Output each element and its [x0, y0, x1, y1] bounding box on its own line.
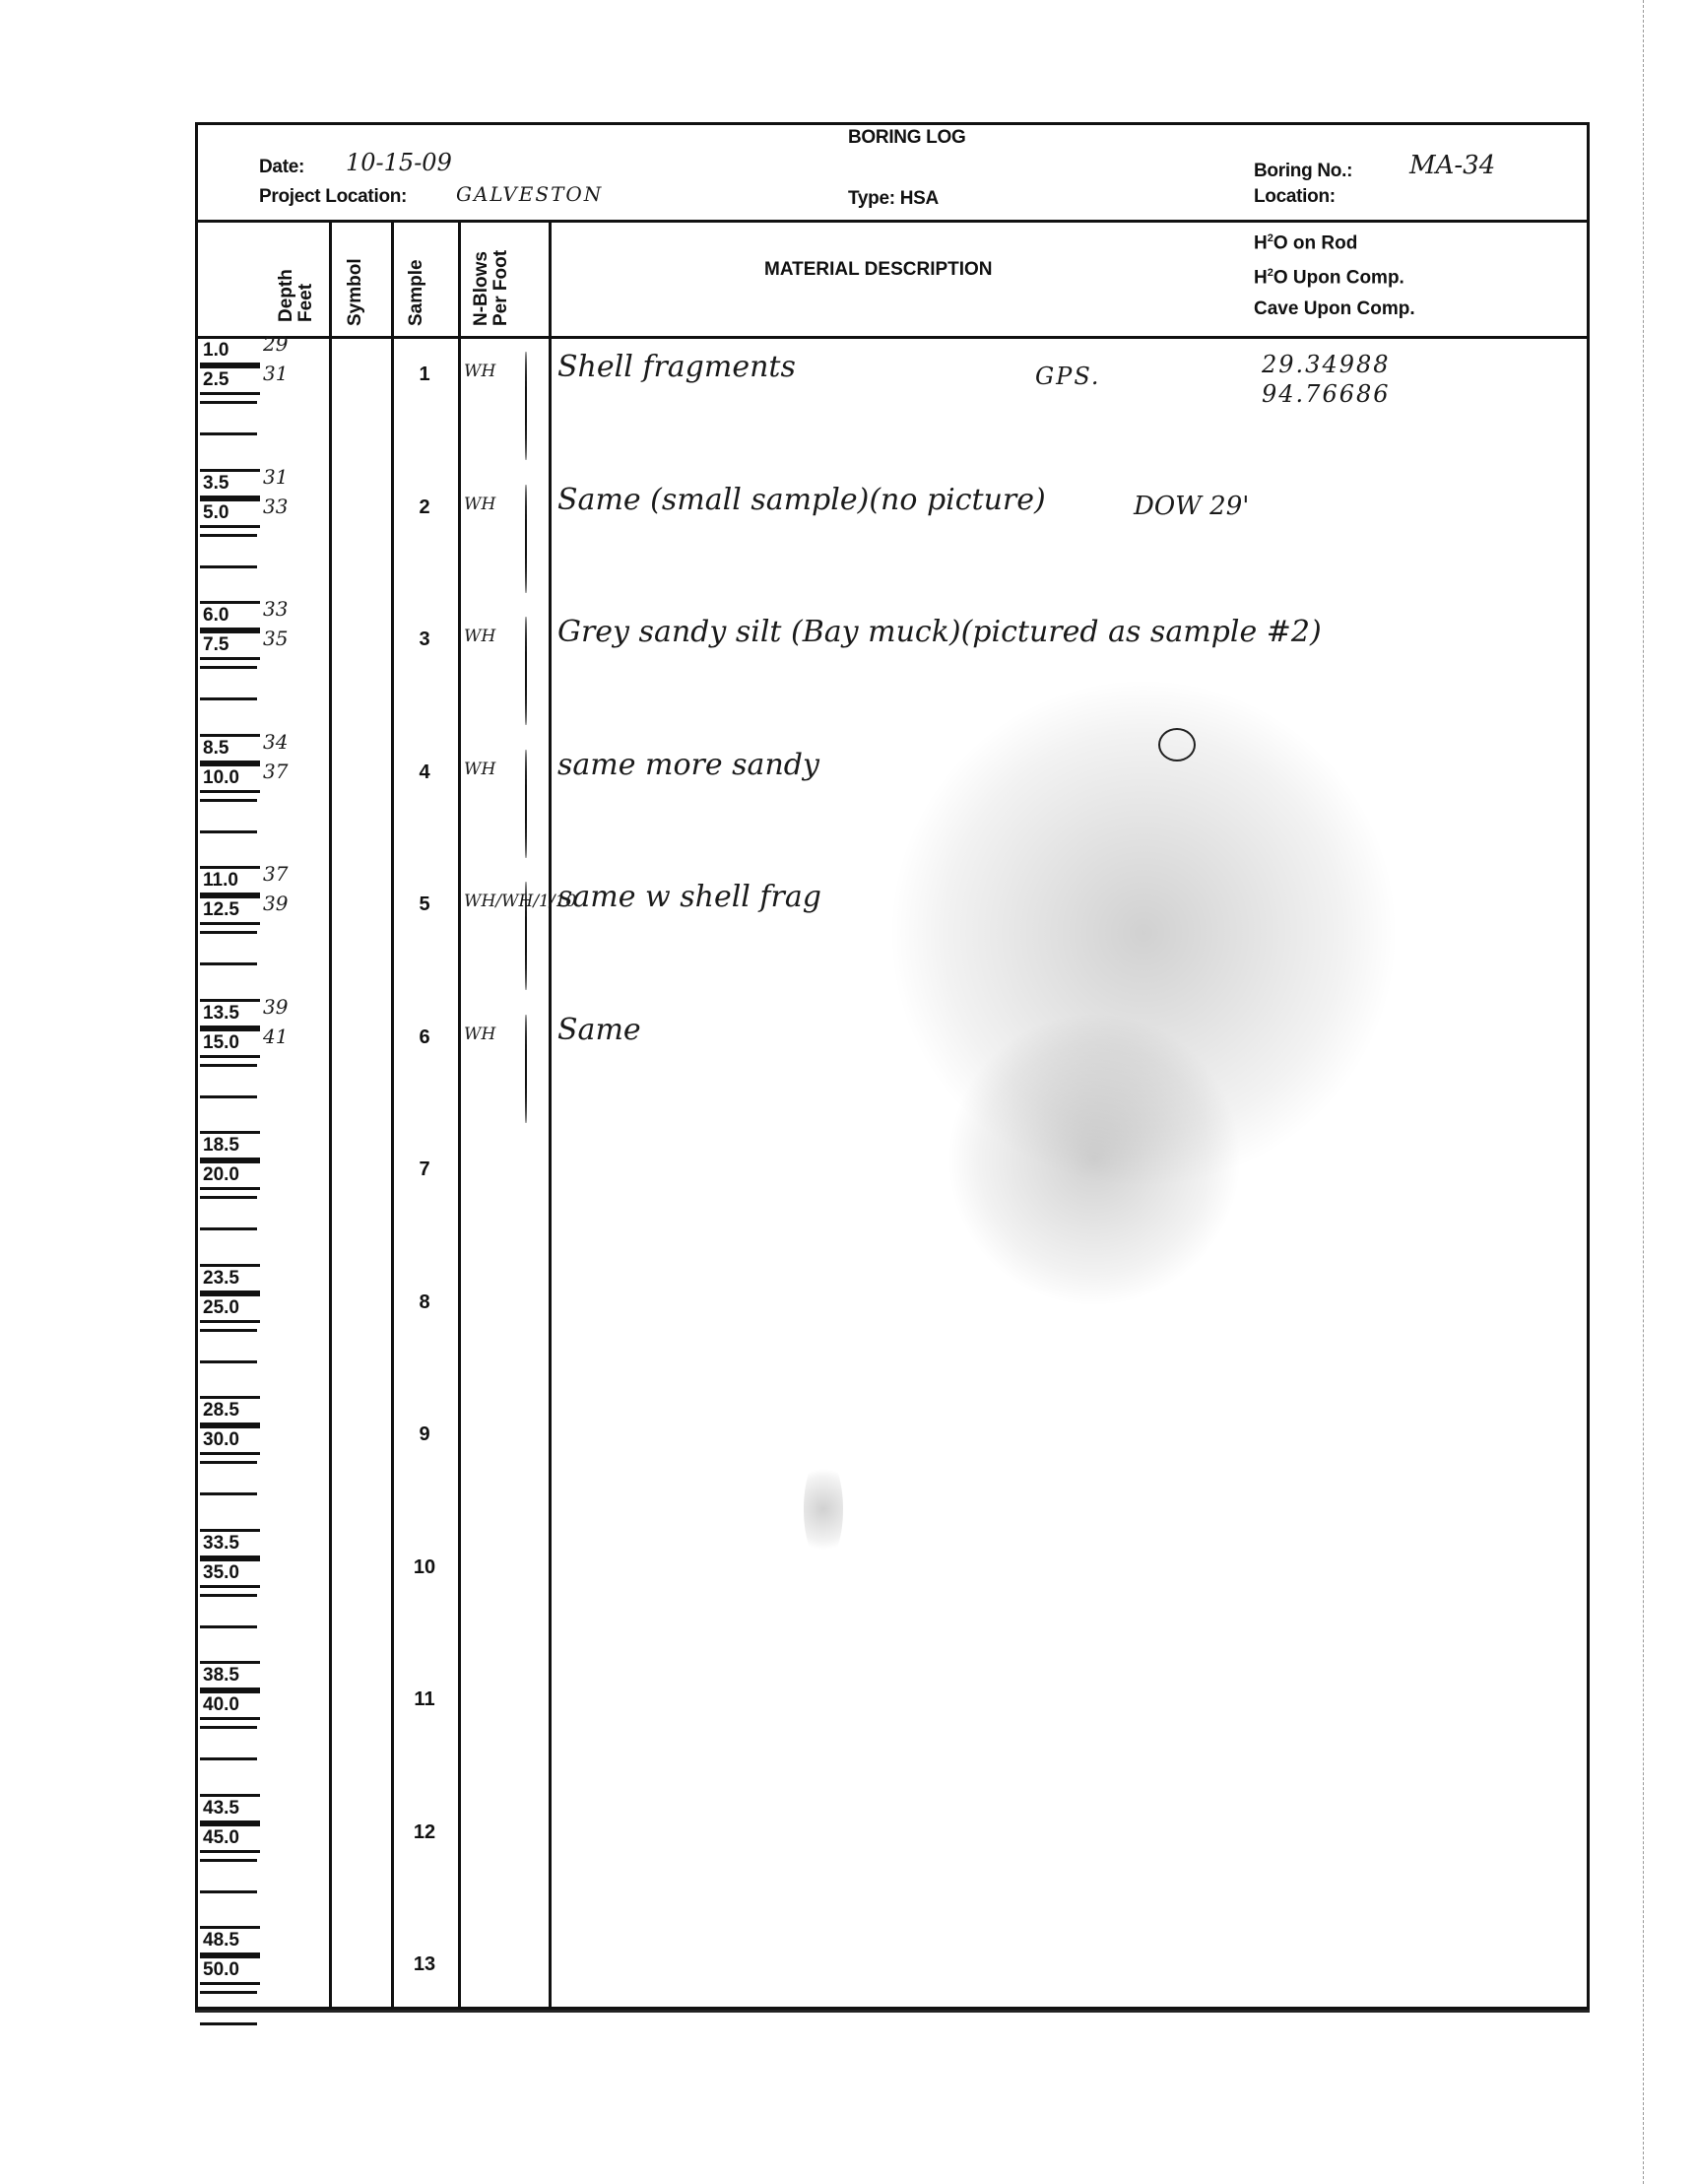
depth-top: 38.5 [200, 1661, 260, 1690]
gps-longitude: 94.76686 [1262, 379, 1391, 409]
gps-label: GPS. [1035, 362, 1101, 391]
material-description: same w shell frag [557, 880, 821, 914]
depth-tick [200, 666, 257, 669]
depth-bottom: 30.0 [200, 1425, 260, 1455]
water-on-rod-label: H2O on Rod [1254, 224, 1415, 258]
depth-tick [200, 931, 257, 934]
material-description: Grey sandy silt (Bay muck)(pictured as s… [557, 615, 1322, 649]
column-header-depth: Depth Feet [277, 233, 316, 322]
depth-tick [200, 1757, 257, 1760]
depth-bottom: 7.5 [200, 630, 260, 660]
material-description: Shell fragments [557, 350, 796, 384]
sample-bracket-mark [525, 1015, 527, 1123]
n-blows-value: WH [464, 495, 495, 514]
boring-log-form: BORING LOG Date: 10-15-09 Project Locati… [195, 122, 1590, 2010]
depth-top-note: 37 [263, 862, 288, 886]
depth-bottom: 40.0 [200, 1690, 260, 1720]
depth-bottom-note: 33 [263, 495, 288, 518]
depth-tick [200, 1594, 257, 1597]
column-divider [329, 220, 332, 2007]
location-label: Location: [1254, 186, 1336, 208]
project-location-label: Project Location: [259, 186, 407, 208]
material-description: same more sandy [557, 748, 819, 782]
column-divider [391, 220, 394, 2007]
depth-tick [200, 1227, 257, 1230]
depth-bottom: 12.5 [200, 895, 260, 925]
depth-bottom: 2.5 [200, 365, 260, 395]
sample-bracket-mark [525, 750, 527, 858]
depth-tick [200, 1064, 257, 1067]
depth-tick [200, 1196, 257, 1199]
sample-number: 1 [405, 364, 444, 386]
column-header-row: Depth Feet Symbol Sample N-Blows Per Foo… [198, 220, 1587, 339]
scan-smudge [804, 1455, 843, 1563]
column-header-symbol: Symbol [346, 237, 365, 326]
depth-top-note: 34 [263, 730, 288, 754]
depth-bottom: 25.0 [200, 1293, 260, 1323]
depth-tick [200, 1492, 257, 1495]
water-level-block: H2O on Rod H2O Upon Comp. Cave Upon Comp… [1254, 224, 1415, 324]
depth-tick [200, 1461, 257, 1464]
depth-tick [200, 432, 257, 435]
depth-tick [200, 1625, 257, 1628]
depth-bottom: 15.0 [200, 1028, 260, 1058]
gps-latitude: 29.34988 [1262, 350, 1391, 379]
depth-tick [200, 1726, 257, 1729]
depth-top: 3.5 [200, 469, 260, 498]
form-title: BORING LOG [848, 127, 965, 149]
depth-tick [200, 534, 257, 537]
sample-bracket-mark [525, 485, 527, 593]
depth-top: 13.5 [200, 999, 260, 1028]
depth-tick [200, 799, 257, 802]
material-description: Same [557, 1013, 641, 1047]
project-location-value: GALVESTON [456, 182, 603, 206]
boring-no-value: MA-34 [1409, 151, 1495, 180]
depth-top: 23.5 [200, 1264, 260, 1293]
cave-upon-comp-label: Cave Upon Comp. [1254, 294, 1415, 324]
depth-top: 33.5 [200, 1529, 260, 1558]
sample-number: 9 [405, 1423, 444, 1446]
water-depth-note: DOW 29' [1134, 492, 1249, 521]
depth-bottom-note: 35 [263, 627, 288, 650]
depth-top: 18.5 [200, 1131, 260, 1160]
n-blows-value: WH [464, 627, 495, 646]
depth-bottom-note: 31 [263, 362, 288, 385]
depth-top-note: 31 [263, 465, 288, 489]
sample-number: 10 [405, 1556, 444, 1579]
gps-coordinates: 29.34988 94.76686 [1262, 350, 1391, 409]
depth-tick [200, 830, 257, 833]
column-divider [549, 220, 552, 2007]
depth-top-note: 39 [263, 995, 288, 1019]
column-divider [458, 220, 461, 2007]
n-blows-value: WH [464, 760, 495, 779]
column-header-nblows: N-Blows Per Foot [472, 228, 515, 326]
depth-tick [200, 1890, 257, 1893]
sample-number: 4 [405, 761, 444, 784]
sample-number: 3 [405, 629, 444, 651]
depth-bottom-note: 41 [263, 1025, 288, 1048]
type-label: Type: HSA [848, 188, 939, 210]
depth-tick [200, 401, 257, 404]
depth-tick [200, 2022, 257, 2025]
depth-top-note: 33 [263, 597, 288, 621]
depth-top: 1.0 [200, 336, 260, 365]
depth-tick [200, 565, 257, 568]
scan-smudge [946, 1012, 1242, 1307]
depth-top: 48.5 [200, 1926, 260, 1955]
sample-bracket-mark [525, 352, 527, 460]
depth-bottom: 45.0 [200, 1823, 260, 1853]
sample-bracket-mark [525, 617, 527, 725]
depth-bottom: 20.0 [200, 1160, 260, 1190]
depth-top: 28.5 [200, 1396, 260, 1425]
sample-number: 12 [405, 1821, 444, 1844]
type-label-text: Type: [848, 188, 895, 209]
sample-number: 6 [405, 1026, 444, 1049]
depth-tick [200, 1360, 257, 1363]
depth-tick [200, 1859, 257, 1862]
depth-top: 8.5 [200, 734, 260, 763]
depth-bottom: 10.0 [200, 763, 260, 793]
n-blows-value: WH [464, 362, 495, 381]
depth-bottom: 35.0 [200, 1558, 260, 1588]
depth-tick [200, 697, 257, 700]
sample-bracket-mark [525, 882, 527, 990]
depth-tick [200, 1329, 257, 1332]
column-header-material-description: MATERIAL DESCRIPTION [764, 259, 993, 281]
sample-number: 2 [405, 496, 444, 519]
depth-bottom-note: 39 [263, 892, 288, 915]
depth-top: 11.0 [200, 866, 260, 895]
sample-number: 8 [405, 1291, 444, 1314]
date-label: Date: [259, 157, 304, 178]
boring-no-label: Boring No.: [1254, 161, 1352, 182]
depth-bottom: 50.0 [200, 1955, 260, 1985]
type-value: HSA [900, 188, 939, 209]
sample-number: 5 [405, 893, 444, 916]
depth-top: 43.5 [200, 1794, 260, 1823]
water-upon-comp-label: H2O Upon Comp. [1254, 258, 1415, 293]
date-value: 10-15-09 [346, 149, 452, 176]
form-header: BORING LOG Date: 10-15-09 Project Locati… [198, 125, 1587, 223]
n-blows-value: WH [464, 1025, 495, 1044]
depth-tick [200, 962, 257, 965]
depth-top-note: 29 [263, 332, 288, 356]
sample-number: 13 [405, 1953, 444, 1976]
depth-top: 6.0 [200, 601, 260, 630]
page-edge [1643, 0, 1644, 2184]
sample-number: 11 [405, 1688, 444, 1711]
depth-tick [200, 1991, 257, 1994]
depth-bottom: 5.0 [200, 498, 260, 528]
sample-number: 7 [405, 1158, 444, 1181]
depth-bottom-note: 37 [263, 760, 288, 783]
material-description: Same (small sample)(no picture) [557, 483, 1046, 517]
depth-tick [200, 1095, 257, 1098]
column-header-sample: Sample [407, 237, 426, 326]
